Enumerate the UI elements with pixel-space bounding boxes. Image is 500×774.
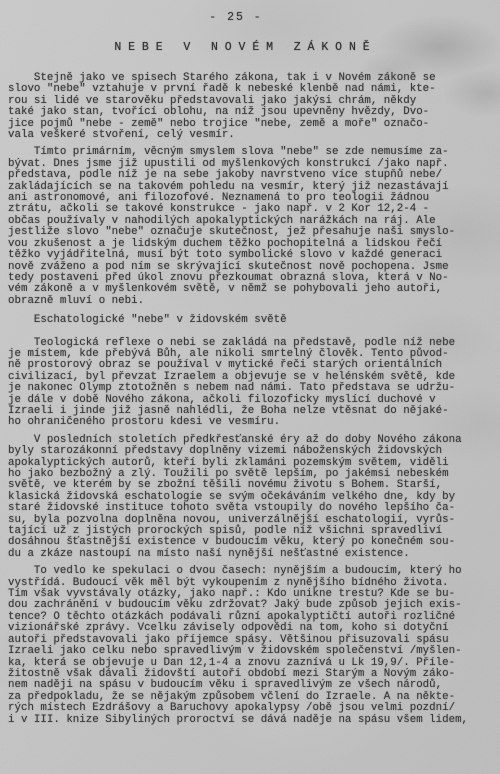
document-body: Stejně jako ve spisech Starého zákona, t… xyxy=(8,73,496,732)
document-title: N E B E V N O V É M Z Á K O N Ě xyxy=(0,41,492,54)
document-page: - 25 - N E B E V N O V É M Z Á K O N Ě S… xyxy=(0,0,500,774)
paragraph-4: V posledních stoletích předkřesťanské ér… xyxy=(8,435,496,560)
paragraph-3: Teologická reflexe o nebi se zakládá na … xyxy=(8,338,496,429)
page-number: - 25 - xyxy=(0,11,486,24)
paragraph-1: Stejně jako ve spisech Starého zákona, t… xyxy=(8,73,496,141)
paragraph-5: To vedlo ke spekulaci o dvou časech: nyn… xyxy=(8,566,496,726)
paragraph-2: Tímto primárním, věcným smyslem slova "n… xyxy=(8,147,496,307)
section-heading-eschatological-heaven: Eschatologické "nebe" v židovském světě xyxy=(8,315,496,326)
